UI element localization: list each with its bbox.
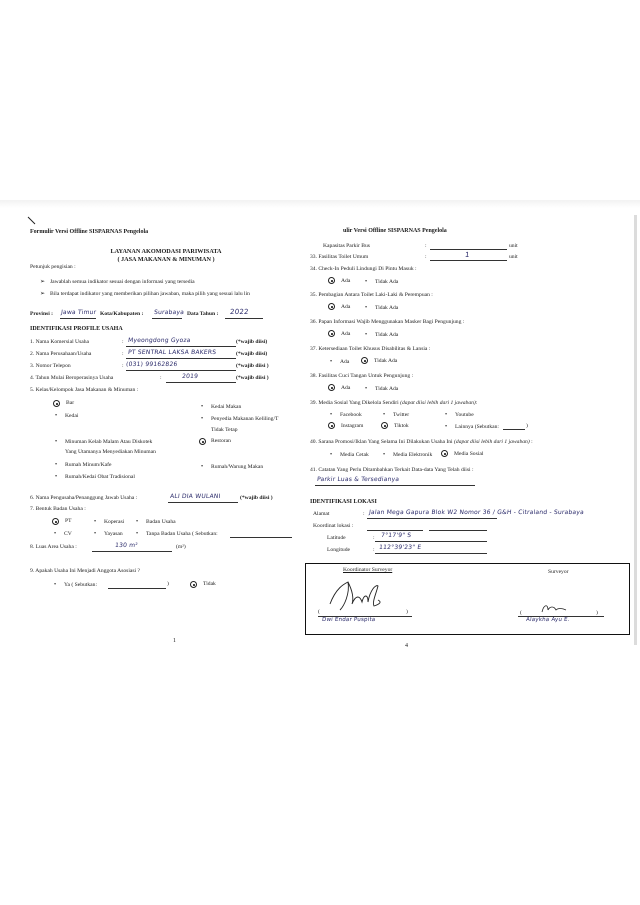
koordinat-label: Koordinat lokasi :: [313, 524, 353, 530]
parkir-bus-label: Kapasitas Parkir Bus: [323, 244, 370, 250]
longitude-label: Longitude: [327, 548, 350, 554]
option-twitter[interactable]: Twitter: [383, 412, 409, 419]
provinsi-label: Provinsi :: [30, 312, 53, 318]
option-rumah-minum[interactable]: Rumah Minum/Kafe: [55, 462, 111, 469]
q34-label: 34. Check-In Peduli Lindungi Di Pintu Ma…: [310, 267, 417, 273]
option-label: Tidak: [203, 582, 216, 588]
pen-mark-icon: [27, 216, 37, 226]
tahun-field[interactable]: 2022: [230, 308, 249, 316]
field-label: 1. Nama Komersial Usaha: [30, 340, 89, 346]
longitude-field[interactable]: 112°39'23" E: [379, 544, 422, 551]
catatan-field[interactable]: Parkir Luas & Tersedianya: [317, 476, 400, 483]
option-tidak-ada[interactable]: Tidak Ada: [365, 305, 398, 312]
option-obat-tradisional[interactable]: Rumah/Kedai Obat Tradisional: [55, 474, 135, 481]
surveyor-signature: [536, 602, 576, 616]
option-label: PT: [65, 519, 72, 525]
coordinator-label: Koordinator Surveyor: [343, 568, 392, 574]
instructions-label: Petunjuk pengisian :: [30, 265, 76, 271]
option-koperasi[interactable]: Koperasi: [94, 519, 124, 526]
unit-label: (m²): [176, 545, 186, 551]
form-subtitle: ( JASA MAKANAN & MINUMAN ): [30, 256, 302, 263]
coordinator-name: Dwi Endar Puspita: [322, 617, 376, 623]
option-tidak-ada[interactable]: Tidak Ada: [365, 386, 398, 393]
toilet-umum-field[interactable]: 1: [465, 251, 470, 259]
required-note: (*wajib diisi ): [236, 376, 269, 382]
form-header: Formulir Versi Offline SISPARNAS Pengelo…: [30, 229, 148, 235]
option-lainnya[interactable]: Lainnya (Sebutkan:: [445, 424, 499, 431]
option-badan-usaha[interactable]: Badan Usaha: [136, 519, 176, 526]
option-tanpa-badan-usaha[interactable]: Tanpa Badan Usaha ( Sebutkan:: [136, 531, 218, 538]
option-media-cetak[interactable]: Media Cetak: [330, 452, 369, 459]
page-number: 4: [405, 643, 408, 649]
instruction-item: ➢Bila terdapat indikator yang memberikan…: [40, 291, 250, 298]
option-label-cont: Yang Utamanya Menyediakan Minuman: [65, 450, 156, 456]
required-note: (*wajib diisi): [236, 352, 267, 358]
option-label: Restoran: [211, 439, 231, 445]
instruction-item: ➢Jawablah semua indikator sesuai dengan …: [40, 279, 195, 286]
q33-label: 33. Fasilitas Toilet Umum: [310, 255, 368, 261]
radio-ada[interactable]: [328, 303, 335, 310]
q40-label: 40. Sarana Promosi/Iklan Yang Selama Ini…: [310, 440, 533, 446]
q7-label: 7. Bentuk Badan Usaha :: [30, 507, 86, 513]
radio-tiktok[interactable]: [381, 422, 388, 429]
section-title-profile: IDENTIFIKASI PROFILE USAHA: [30, 326, 123, 332]
page-edge: [634, 215, 637, 645]
arrow-icon: ➢: [40, 279, 50, 285]
option-cv[interactable]: CV: [54, 531, 72, 538]
option-facebook[interactable]: Facebook: [330, 412, 362, 419]
radio-media-sosial[interactable]: [441, 450, 448, 457]
q5-label: 5. Kelas/Kelompok Jasa Makanan & Minuman…: [30, 388, 138, 394]
coordinator-signature: [326, 576, 406, 616]
alamat-label: Alamat: [313, 512, 329, 518]
q39-label: 39. Media Sosial Yang Dikelola Sendiri (…: [310, 401, 477, 407]
nama-perusahaan-field[interactable]: PT SENTRAL LAKSA BAKERS: [128, 349, 217, 356]
radio-instagram[interactable]: [328, 422, 335, 429]
radio-restoran[interactable]: [199, 438, 206, 445]
kota-field[interactable]: Surabaya: [154, 309, 185, 316]
luas-area-field[interactable]: 130 m²: [115, 542, 139, 549]
latitude-label: Latitude: [327, 536, 346, 542]
arrow-icon: ➢: [40, 291, 50, 297]
latitude-field[interactable]: 7°17'9" S: [381, 532, 412, 539]
scan-shadow: [0, 200, 640, 208]
radio-ada[interactable]: [328, 277, 335, 284]
q37-label: 37. Ketersediaan Toilet Khusus Disabilit…: [310, 347, 430, 353]
tahun-label: Data Tahun :: [187, 312, 218, 318]
alamat-field[interactable]: Jalan Mega Gapura Blok W2 Nomor 36 / G&H…: [369, 509, 585, 516]
option-yayasan[interactable]: Yayasan: [94, 531, 123, 538]
option-label: Bar: [66, 401, 74, 407]
q6-label: 6. Nama Pengusaha/Penanggung Jawab Usaha…: [30, 496, 137, 502]
signature-box: Koordinator Surveyor Surveyor ( ) Dwi En…: [305, 563, 630, 635]
q8-label: 8. Luas Area Usaha :: [30, 545, 77, 551]
required-note: (*wajib diisi ): [240, 496, 273, 502]
surveyor-label: Surveyor: [548, 570, 569, 576]
page-number: 1: [173, 638, 176, 644]
option-tidak-ada[interactable]: Tidak Ada: [365, 332, 398, 339]
required-note: (*wajib diisi): [236, 340, 267, 346]
q38-label: 38. Fasilitas Cuci Tangan Untuk Pengunju…: [310, 374, 413, 380]
form-title: LAYANAN AKOMODASI PARIWISATA: [30, 248, 302, 255]
radio-bar[interactable]: [53, 400, 60, 407]
radio-ada[interactable]: [328, 384, 335, 391]
nama-komersial-field[interactable]: Myeongdong Gyoza: [128, 337, 191, 344]
radio-tidak-ada[interactable]: [361, 357, 368, 364]
q35-label: 35. Pembagian Antara Toilet Laki-Laki & …: [310, 293, 433, 299]
option-kedai-makan[interactable]: Kedai Makan: [201, 404, 241, 411]
form-header: ulir Versi Offline SISPARNAS Pengelola: [343, 228, 447, 234]
tahun-operasi-field[interactable]: 2019: [182, 373, 199, 380]
radio-ada[interactable]: [328, 330, 335, 337]
q36-label: 36. Papan Informasi Wajib Menggunakan Ma…: [310, 320, 464, 326]
option-ada[interactable]: Ada: [330, 359, 349, 366]
radio-pt[interactable]: [52, 518, 59, 525]
field-label: 3. Nomor Telepon: [30, 364, 71, 370]
radio-tidak[interactable]: [190, 581, 197, 588]
penanggung-jawab-field[interactable]: ALI DIA WULANI: [170, 493, 221, 500]
q9-label: 9. Apakah Usaha Ini Menjadi Anggota Asos…: [30, 569, 140, 575]
option-ya[interactable]: Ya ( Sebutkan:: [54, 582, 97, 589]
kota-label: Kota/Kabupaten :: [100, 312, 143, 318]
nomor-telepon-field[interactable]: (031) 99162826: [126, 361, 178, 368]
surveyor-name: Alaykha Ayu E.: [526, 617, 570, 623]
option-warung-makan[interactable]: Rumah/Warung Makan: [201, 464, 263, 471]
provinsi-field[interactable]: Jawa Timur: [61, 309, 97, 316]
option-label-cont: Tidak Tetap: [211, 428, 238, 434]
option-media-elektronik[interactable]: Media Elektronik: [383, 452, 432, 459]
option-penyedia-keliling[interactable]: Penyedia Makanan Keliling/T: [201, 416, 278, 423]
field-label: 2. Nama Perusahaan/Usaha: [30, 352, 91, 358]
field-label: 4. Tahun Mulai Beroperasinya Usaha: [30, 376, 113, 382]
option-youtube[interactable]: Youtube: [445, 412, 474, 419]
section-title-lokasi: IDENTIFIKASI LOKASI: [310, 499, 377, 505]
q41-label: 41. Catatan Yang Perlu Ditambahkan Terka…: [310, 468, 474, 474]
option-kedai[interactable]: Kedai: [55, 413, 78, 420]
option-kelab-malam[interactable]: Minuman Kelab Malam Atau Diskotek: [55, 439, 152, 446]
option-tidak-ada[interactable]: Tidak Ada: [365, 279, 398, 286]
required-note: (*wajib diisi ): [236, 364, 269, 370]
